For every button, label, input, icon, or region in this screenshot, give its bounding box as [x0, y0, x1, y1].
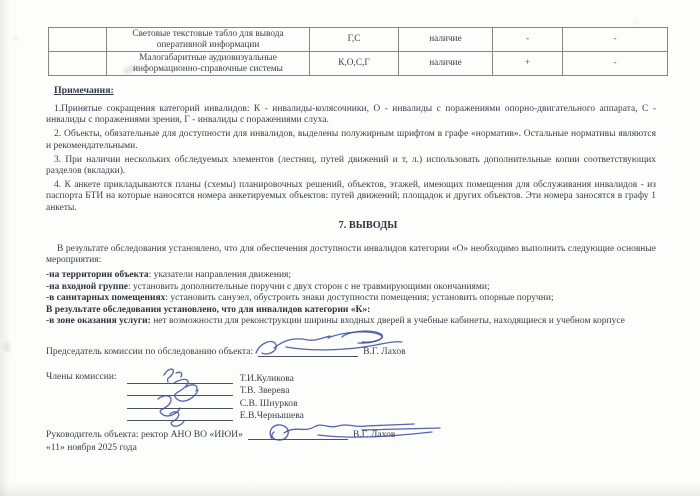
note-paragraph: 3. При наличии нескольких обследуемых эл…	[46, 155, 656, 178]
conclusion-item: -на входной группе: установить дополните…	[46, 282, 656, 294]
conclusion-item-lead: -на территории объекта	[46, 270, 149, 280]
member-name: Е.В.Чернышева	[240, 410, 304, 421]
document-page: Световые текстовые табло для вывода опер…	[0, 0, 700, 496]
conclusion-item-lead: -в санитарных помещениях	[46, 293, 165, 303]
note-paragraph: 4. К анкете прикладываются планы (схемы)…	[46, 180, 656, 214]
members-label: Члены комиссии:	[46, 371, 117, 421]
member-row: Т.И.Куликова	[127, 371, 304, 384]
conclusions-intro: В результате обследования установлено, ч…	[46, 244, 656, 267]
conclusion-item-text: : указатели направления движения;	[149, 270, 291, 280]
chairman-signature-row: Председатель комиссии по обследованию об…	[46, 346, 406, 357]
notes-title: Примечания:	[54, 85, 114, 96]
scan-smudge	[4, 342, 10, 352]
member-name: Т.В. Зверева	[240, 385, 290, 396]
table-cell	[49, 28, 107, 52]
conclusion-item: В результате обследования установлено, ч…	[46, 305, 656, 317]
signature-line	[127, 373, 233, 384]
note-paragraph: 1.Принятые сокращения категорий инвалидо…	[46, 104, 656, 127]
signature-line	[248, 429, 348, 440]
conclusions-heading: 7. ВЫВОДЫ	[48, 220, 688, 231]
signature-line	[127, 410, 233, 421]
table-cell: Малогабаритные аудиовизуальные информаци…	[107, 52, 310, 76]
chairman-name: В.Г. Лахов	[363, 346, 406, 357]
table-cell: наличие	[399, 28, 493, 52]
table-cell: Световые текстовые табло для вывода опер…	[107, 28, 310, 52]
table-cell	[49, 52, 107, 76]
director-label: Руководитель объекта: ректор АНО ВО «ИЮИ…	[46, 429, 243, 440]
conclusion-item: -в зоне оказания услуги: нет возможности…	[46, 316, 656, 328]
table-cell: наличие	[399, 52, 493, 76]
scan-smudge	[634, 20, 638, 23]
member-name: С.В. Шнурков	[240, 398, 298, 409]
chairman-label: Председатель комиссии по обследованию об…	[46, 346, 253, 357]
conclusion-item-text: нет возможности для реконструкции ширины…	[151, 316, 625, 326]
conclusion-item-text: : установить санузел, обустроить знаки д…	[165, 293, 553, 303]
notes-section: 1.Принятые сокращения категорий инвалидо…	[46, 104, 656, 217]
equipment-table: Световые текстовые табло для вывода опер…	[48, 27, 668, 76]
member-row: С.В. Шнурков	[127, 396, 304, 409]
members-signature-block: Члены комиссии: Т.И.Куликова Т.В. Зверев…	[46, 371, 304, 421]
note-paragraph: 2. Объекты, обязательные для доступности…	[46, 129, 656, 152]
conclusion-item-text: : установить дополнительные поручни с дв…	[128, 282, 490, 292]
signature-line	[127, 385, 233, 396]
table-row: Световые текстовые табло для вывода опер…	[49, 28, 668, 52]
conclusion-item: -на территории объекта: указатели направ…	[46, 270, 656, 282]
director-name: В.Г. Лахов	[353, 429, 396, 440]
conclusions-list: -на территории объекта: указатели направ…	[46, 270, 656, 328]
signature-line	[127, 398, 233, 409]
table-cell: +	[493, 52, 563, 76]
conclusion-item-lead: -на входной группе	[46, 282, 128, 292]
member-row: Е.В.Чернышева	[127, 409, 304, 422]
director-signature-row: Руководитель объекта: ректор АНО ВО «ИЮИ…	[46, 429, 395, 440]
conclusion-item-lead: -в зоне оказания услуги:	[46, 316, 151, 326]
scan-smudge	[14, 36, 18, 40]
table-row: Малогабаритные аудиовизуальные информаци…	[49, 52, 668, 76]
table-cell: -	[563, 52, 668, 76]
member-row: Т.В. Зверева	[127, 384, 304, 397]
member-name: Т.И.Куликова	[240, 373, 294, 384]
member-rows: Т.И.Куликова Т.В. Зверева С.В. Шнурков Е…	[127, 371, 304, 421]
table-cell: Г,С	[310, 28, 399, 52]
conclusion-item-lead: В результате обследования установлено, ч…	[46, 305, 370, 315]
signature-line	[258, 346, 358, 357]
table-cell: -	[563, 28, 668, 52]
table-cell: -	[493, 28, 563, 52]
document-date: «11» ноября 2025 года	[46, 442, 137, 453]
conclusion-item: -в санитарных помещениях: установить сан…	[46, 293, 656, 305]
table-cell: К,О,С,Г	[310, 52, 399, 76]
